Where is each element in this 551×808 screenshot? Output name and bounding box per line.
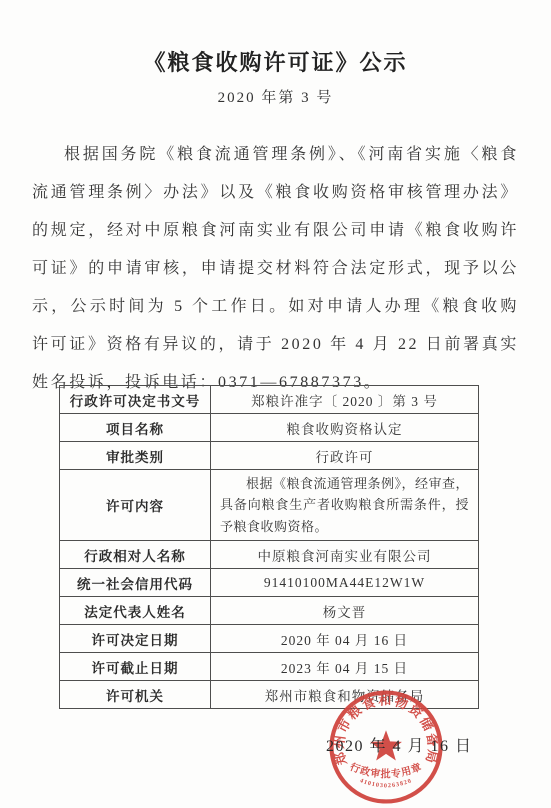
row-label: 许可机关 xyxy=(60,681,211,709)
seal-banner-text: 行政审批专用章 xyxy=(348,760,424,780)
row-value: 行政许可 xyxy=(211,442,479,470)
row-value: 郑粮许准字〔 2020 〕第 3 号 xyxy=(211,386,479,414)
table-row: 行政许可决定书文号 郑粮许准字〔 2020 〕第 3 号 xyxy=(60,386,479,414)
row-value: 杨文晋 xyxy=(211,597,479,625)
notice-document: 《粮食收购许可证》公示 2020 年第 3 号 根据国务院《粮食流通管理条例》、… xyxy=(0,0,551,808)
table-row: 许可截止日期 2023 年 04 月 15 日 xyxy=(60,653,479,681)
table-row: 行政相对人名称 中原粮食河南实业有限公司 xyxy=(60,541,479,569)
stamp-date: 2020 年 4 月 16 日 xyxy=(326,733,473,756)
seal-organization-arc-text: 郑州市粮食和物资储备局 xyxy=(331,693,441,768)
issue-number: 2020 年第 3 号 xyxy=(0,86,551,107)
table-row: 项目名称 粮食收购资格认定 xyxy=(60,414,479,442)
row-value: 中原粮食河南实业有限公司 xyxy=(211,541,479,569)
row-label: 行政相对人名称 xyxy=(60,541,211,569)
row-label: 许可截止日期 xyxy=(60,653,211,681)
row-label: 法定代表人姓名 xyxy=(60,597,211,625)
row-label: 统一社会信用代码 xyxy=(60,569,211,597)
page-title: 《粮食收购许可证》公示 xyxy=(0,46,551,77)
row-label: 审批类别 xyxy=(60,442,211,470)
table-row: 审批类别 行政许可 xyxy=(60,442,479,470)
row-value: 2023 年 04 月 15 日 xyxy=(211,653,479,681)
license-table: 行政许可决定书文号 郑粮许准字〔 2020 〕第 3 号 项目名称 粮食收购资格… xyxy=(59,385,479,709)
table-row: 法定代表人姓名 杨文晋 xyxy=(60,597,479,625)
table-row: 统一社会信用代码 91410100MA44E12W1W xyxy=(60,569,479,597)
table-row: 许可内容 根据《粮食流通管理条例》，经审查，具备向粮食生产者收购粮食所需条件，授… xyxy=(60,470,479,541)
row-value: 2020 年 04 月 16 日 xyxy=(211,625,479,653)
row-label: 许可内容 xyxy=(60,470,211,541)
table-row: 许可决定日期 2020 年 04 月 16 日 xyxy=(60,625,479,653)
row-value: 91410100MA44E12W1W xyxy=(211,569,479,597)
row-label: 行政许可决定书文号 xyxy=(60,386,211,414)
row-value: 根据《粮食流通管理条例》，经审查，具备向粮食生产者收购粮食所需条件，授予粮食收购… xyxy=(211,470,479,541)
notice-paragraph: 根据国务院《粮食流通管理条例》、《河南省实施〈粮食流通管理条例〉办法》以及《粮食… xyxy=(32,136,519,402)
row-value: 粮食收购资格认定 xyxy=(211,414,479,442)
row-label: 项目名称 xyxy=(60,414,211,442)
row-label: 许可决定日期 xyxy=(60,625,211,653)
